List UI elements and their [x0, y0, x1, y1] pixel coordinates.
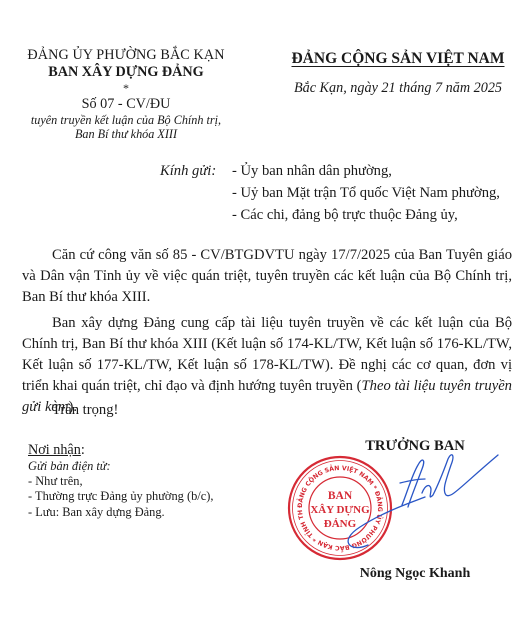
issuing-authority-block: ĐẢNG ỦY PHƯỜNG BẮC KẠN BAN XÂY DỰNG ĐẢNG… — [0, 46, 252, 141]
document-number: Số 07 - CV/ĐU — [0, 96, 252, 113]
place-date: Bắc Kạn, ngày 21 tháng 7 năm 2025 — [278, 80, 518, 97]
paragraph-1-text: Căn cứ công văn số 85 - CV/BTGDVTU ngày … — [22, 247, 512, 305]
organization-name: ĐẢNG ỦY PHƯỜNG BẮC KẠN — [0, 46, 252, 64]
signer-name: Nông Ngọc Khanh — [340, 566, 490, 582]
recipient-item: - Ủy ban nhân dân phường, — [232, 160, 500, 182]
national-title: ĐẢNG CỘNG SẢN VIỆT NAM — [278, 50, 518, 68]
distribution-item: - Như trên, — [28, 474, 213, 489]
body-paragraph-1: Căn cứ công văn số 85 - CV/BTGDVTU ngày … — [22, 245, 512, 308]
national-header-block: ĐẢNG CỘNG SẢN VIỆT NAM Bắc Kạn, ngày 21 … — [278, 50, 518, 97]
distribution-item: - Lưu: Ban xây dựng Đảng. — [28, 505, 213, 520]
document-subject-line2: Ban Bí thư khóa XIII — [0, 127, 252, 141]
distribution-title-colon: : — [81, 442, 85, 458]
department-name: BAN XÂY DỰNG ĐẢNG — [0, 64, 252, 81]
distribution-subtitle: Gửi bản điện tử: — [28, 459, 213, 474]
distribution-item: - Thường trực Đảng ủy phường (b/c), — [28, 489, 213, 504]
recipient-item: - Các chi, đảng bộ trực thuộc Đảng ủy, — [232, 204, 500, 226]
recipient-item: - Uỷ ban Mặt trận Tổ quốc Việt Nam phườn… — [232, 182, 500, 204]
distribution-block: Nơi nhận: Gửi bản điện tử: - Như trên, -… — [28, 442, 213, 520]
document-subject-line1: tuyên truyền kết luận của Bộ Chính trị, — [0, 113, 252, 127]
distribution-title: Nơi nhận — [28, 442, 81, 458]
recipients-label: Kính gửi: — [160, 160, 216, 182]
closing-greeting: Trân trọng! — [52, 402, 118, 419]
handwritten-signature-icon — [330, 445, 500, 555]
star-divider: * — [0, 82, 252, 94]
